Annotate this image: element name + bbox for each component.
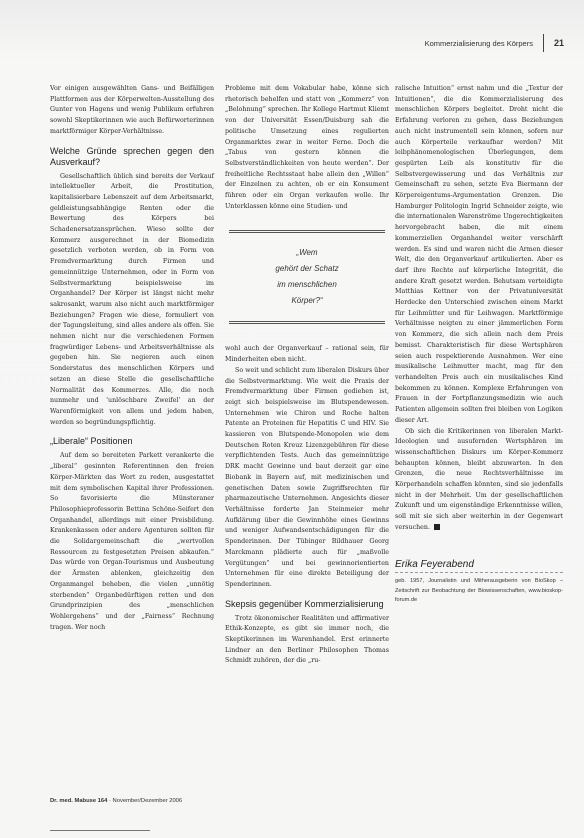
page-footer: Dr. med. Mabuse 164 · November/Dezember … (50, 798, 182, 804)
issue-date: November/Dezember 2006 (113, 798, 183, 804)
pull-quote: „Wem gehört der Schatz im menschlichen K… (229, 230, 385, 324)
closing-paragraph-text: Ob sich die Kritikerinnen von liberalen … (395, 428, 563, 531)
running-header: Kommerzialisierung des Körpers 21 (425, 34, 564, 52)
paragraph: So weit und schlicht zum liberalen Disku… (225, 366, 389, 591)
paragraph: Gesellschaftlich üblich sind bereits der… (50, 172, 214, 429)
author-box: Erika Feyerabend geb. 1957, Journalistin… (395, 560, 563, 606)
publication-name: Dr. med. Mabuse 164 (50, 798, 107, 804)
pull-quote-line: im menschlichen (229, 277, 385, 293)
paragraph: Vor einigen ausgewählten Gans- und Beifä… (50, 84, 214, 138)
running-title: Kommerzialisierung des Körpers (425, 39, 533, 48)
paragraph: Trotz ökonomischer Realitäten und affirm… (225, 614, 389, 668)
column-1: Vor einigen ausgewählten Gans- und Beifä… (50, 84, 214, 633)
paragraph: wohl auch der Organverkauf – rational se… (225, 344, 389, 365)
footer-rule (50, 830, 150, 831)
page-number: 21 (554, 38, 564, 48)
column-3: ralische Intuition“ ernst nahm und die „… (395, 84, 563, 606)
paragraph: Ob sich die Kritikerinnen von liberalen … (395, 427, 563, 534)
end-of-article-mark-icon (434, 524, 440, 530)
pull-quote-line: „Wem (229, 245, 385, 261)
pull-quote-line: Körper?“ (229, 293, 385, 309)
author-bio: geb. 1957, Journalistin und Mitherausgeb… (395, 577, 563, 606)
paragraph: Auf dem so bereiteten Parkett verankerte… (50, 451, 214, 633)
section-heading: „Liberale“ Positionen (50, 436, 214, 447)
section-heading: Welche Gründe sprechen gegen den Ausverk… (50, 146, 214, 168)
column-2: Probleme mit dem Vokabular habe, könne s… (225, 84, 389, 667)
paragraph: Probleme mit dem Vokabular habe, könne s… (225, 84, 389, 212)
section-heading: Skepsis gegenüber Kommerzialisierung (225, 599, 389, 610)
author-name: Erika Feyerabend (395, 560, 563, 574)
header-divider (543, 34, 544, 52)
magazine-page: Kommerzialisierung des Körpers 21 Vor ei… (0, 0, 584, 838)
paragraph: ralische Intuition“ ernst nahm und die „… (395, 84, 563, 427)
pull-quote-line: gehört der Schatz (229, 261, 385, 277)
